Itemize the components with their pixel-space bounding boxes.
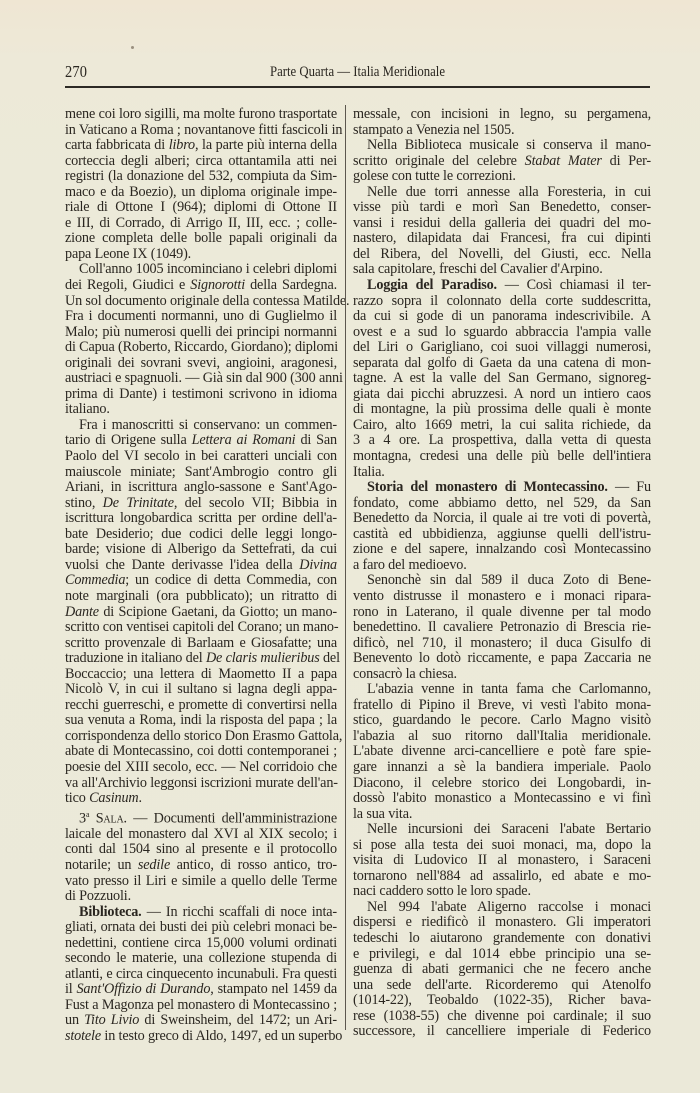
text-line: castità ed ubbidienza, aggiunse quelli d…	[353, 527, 651, 543]
text-line: conti dal 1504 sino al presente e il pro…	[65, 842, 337, 858]
text-line: nedettini, contiene circa 15,000 volumi …	[65, 936, 337, 952]
text-line: e III, di Corrado, di Arrigo II, III, ec…	[65, 216, 337, 232]
text-line: Storia del monastero di Montecassino. — …	[353, 480, 651, 496]
text-line: iscrittura longobardica scritta per ordi…	[65, 511, 337, 527]
text-line: riale di Ottone I (964); diplomi di Otto…	[65, 200, 337, 216]
text-line: secondo le materie, una collezione stupe…	[65, 951, 337, 967]
text-line: Dante di Scipione Gaetani, da Giotto; un…	[65, 605, 337, 621]
text-line: da cui si gode di un panorama indescrivi…	[353, 309, 651, 325]
text-line: successore, il cancelliere imperiale di …	[353, 1024, 651, 1040]
text-line: L'abate divenne arci-cancelliere e potè …	[353, 744, 651, 760]
text-line: tico Casinum.	[65, 791, 337, 807]
text-line: notarile; un sedile antico, di rosso ant…	[65, 858, 337, 874]
text-line: Benevento lo dotò riccamente, e papa Zac…	[353, 651, 651, 667]
text-line: maiuscole miniate; Sant'Ambrogio contro …	[65, 465, 337, 481]
text-line: a faro del medioevo.	[353, 558, 651, 574]
text-line: in Vaticano a Roma ; novantanove fitti f…	[65, 123, 337, 139]
text-line: Benedetto da Norcia, il quale ai tre vot…	[353, 511, 651, 527]
right-column: messale, con incisioni in legno, su perg…	[353, 107, 651, 1040]
text-line: barde; visione di Alberigo da Settefrati…	[65, 542, 337, 558]
text-line: montagna, credesi una delle più belle de…	[353, 449, 651, 465]
running-title: Parte Quarta — Italia Meridionale	[100, 64, 615, 81]
text-line: Fust a Magonza pel monastero di Montecas…	[65, 998, 337, 1014]
text-line: Coll'anno 1005 incominciano i celebri di…	[65, 262, 337, 278]
text-line: e privilegi, e dal 1014 ebbe principio u…	[353, 947, 651, 963]
text-line: golese con tutte le correzioni.	[353, 169, 651, 185]
text-line: Senonchè sin dal 589 il duca Zoto di Ben…	[353, 573, 651, 589]
text-line: tornarono nell'884 ad assalirlo, ed abat…	[353, 869, 651, 885]
text-line: stico, guardando le pecore. Carlo Magno …	[353, 713, 651, 729]
text-line: Italia.	[353, 465, 651, 481]
text-line: Cairo, alto 1669 metri, la cui salita ri…	[353, 418, 651, 434]
paper-speck	[131, 46, 134, 49]
text-line: Nicolò V, in cui il sultano si lagna deg…	[65, 682, 337, 698]
text-line: stotele in testo greco di Aldo, 1497, ed…	[65, 1029, 337, 1045]
column-divider	[345, 105, 346, 1030]
text-line: zione e del sapere, innalzando così Mont…	[353, 542, 651, 558]
text-line: visse più tardi e morì San Benedetto, co…	[353, 200, 651, 216]
text-line: abate di Montecassino, coi dotti contemp…	[65, 744, 337, 760]
text-line: sala capitolare, freschi del Cavalier d'…	[353, 262, 651, 278]
text-line: naci caddero sotto le loro spade.	[353, 884, 651, 900]
text-line: originali dei sovrani svevi, angioini, a…	[65, 356, 337, 372]
text-line: atlanti, e circa cinquecento incunabuli.…	[65, 967, 337, 983]
text-line: corteccia degli alberi; circa ottantamil…	[65, 154, 337, 170]
text-line: gare innanzi a sè la bandiera imperiale.…	[353, 760, 651, 776]
text-line: razzo sopra il colonnato della corte sud…	[353, 294, 651, 310]
text-line: Malo; più numerosi quelli dei principi n…	[65, 325, 337, 341]
text-line: vuolsi che Dante derivasse l'idea della …	[65, 558, 337, 574]
text-line: 3 a 4 ore. La prospettiva, dalla vetta d…	[353, 433, 651, 449]
text-line: vato presso il Liri e simile a quello de…	[65, 874, 337, 890]
text-line: un Tito Livio di Sweinsheim, del 1472; u…	[65, 1013, 337, 1029]
text-line: fratello di Pipino il Breve, vi vestì l'…	[353, 698, 651, 714]
text-line: giata dai picchi abruzzesi. A nord un in…	[353, 387, 651, 403]
text-line: bate Desiderio; due codici delle leggi l…	[65, 527, 337, 543]
page-header: 270 Parte Quarta — Italia Meridionale	[65, 62, 650, 82]
text-line: vansi i residui della galleria dei quadr…	[353, 216, 651, 232]
text-line: sua venuta a Roma, indi la risposta del …	[65, 713, 337, 729]
text-line: va all'Archivio leggonsi iscrizioni mura…	[65, 776, 337, 792]
text-line: scritto provenzale di Barlaam e Giosafat…	[65, 636, 337, 652]
text-line: Fra i documenti normanni, uno di Gugliel…	[65, 309, 337, 325]
text-line: guenza di abati germanici che ne fecero …	[353, 962, 651, 978]
text-line: Commedia; un codice di detta Commedia, c…	[65, 573, 337, 589]
text-line: l'abazia al suo ritorno dall'Italia meri…	[353, 729, 651, 745]
text-line: ovest e a sud lo sguardo abbraccia l'amp…	[353, 325, 651, 341]
text-line: tario di Origene sulla Lettera ai Romani…	[65, 433, 337, 449]
text-line: rono in Laterano, il quale divenne per t…	[353, 605, 651, 621]
text-line: Loggia del Paradiso. — Così chiamasi il …	[353, 278, 651, 294]
text-line: Nelle due torri annesse alla Foresteria,…	[353, 185, 651, 201]
text-line: Fra i manoscritti si conservano: un comm…	[65, 418, 337, 434]
text-line: una sede dell'arte. Ricorderemo qui Aten…	[353, 978, 651, 994]
text-line: stampato a Venezia nel 1505.	[353, 123, 651, 139]
text-line: rese (1038-55) che divenne poi cardinale…	[353, 1009, 651, 1025]
text-line: note marginali (ora pubblicato); un ritr…	[65, 589, 337, 605]
text-line: nastero, dilapidata dai Francesi, fra cu…	[353, 231, 651, 247]
text-line: fondato, come abbiamo detto, nel 529, da…	[353, 496, 651, 512]
text-line: registri (la donazione del 532, compiuta…	[65, 169, 337, 185]
text-line: laicale del monastero dal XVI al XIX sec…	[65, 827, 337, 843]
text-line: dossò l'abito monastico a Montecassino e…	[353, 791, 651, 807]
text-line: di Pozzuoli.	[65, 889, 337, 905]
text-line: messale, con incisioni in legno, su perg…	[353, 107, 651, 123]
text-line: tedeschi lo aiutarono grandemente con do…	[353, 931, 651, 947]
text-line: 3a Sala. — Documenti dell'amministrazion…	[65, 807, 337, 827]
text-line: del Liri o Garigliano, coi suoi villaggi…	[353, 340, 651, 356]
text-line: si pose alla testa dei suoi monaci, ma, …	[353, 838, 651, 854]
text-line: italiano.	[65, 402, 337, 418]
text-line: Diacono, il celebre storico dei Longobar…	[353, 776, 651, 792]
text-line: austriaci e spagnuoli. — Già sin dal 900…	[65, 371, 337, 387]
text-line: la sua vita.	[353, 807, 651, 823]
text-line: Un sol documento originale della contess…	[65, 294, 337, 310]
text-line: il Sant'Offizio di Durando, stampato nel…	[65, 982, 337, 998]
text-line: benedettino. Il cavaliere Petronazio di …	[353, 620, 651, 636]
text-line: gliati, ornata dei busti dei più celebri…	[65, 920, 337, 936]
text-line: dei Regoli, Giudici e Signorotti della S…	[65, 278, 337, 294]
text-line: vento distrusse il monastero e i monaci …	[353, 589, 651, 605]
text-line: scritto originale del celebre Stabat Mat…	[353, 154, 651, 170]
page-number: 270	[65, 62, 87, 82]
text-line: dificò, nel 710, il monastero; il duca G…	[353, 636, 651, 652]
text-line: corrispondenza dello storico Don Erasmo …	[65, 729, 337, 745]
text-line: consacrò la chiesa.	[353, 667, 651, 683]
text-line: maco e da Boezio), un diploma originale …	[65, 185, 337, 201]
book-page: 270 Parte Quarta — Italia Meridionale me…	[0, 0, 700, 1093]
text-line: (1014-22), Teobaldo (1022-35), Richer ba…	[353, 993, 651, 1009]
text-line: stino, De Trinitate, del secolo VII; Bib…	[65, 496, 337, 512]
text-line: carta fabbricata di libro, la parte più …	[65, 138, 337, 154]
text-line: separata dal golfo di Gaeta da una caten…	[353, 356, 651, 372]
text-line: traduzione in italiano del De claris mul…	[65, 651, 337, 667]
text-line: Nel 994 l'abate Aligerno raccolse i mona…	[353, 900, 651, 916]
text-line: Ariani, in iscrittura anglo-sassone e Sa…	[65, 480, 337, 496]
text-line: Paolo del VI secolo in bei caratteri unc…	[65, 449, 337, 465]
text-line: Nella Biblioteca musicale si conserva il…	[353, 138, 651, 154]
text-line: tagne. A est la valle del San Germano, s…	[353, 371, 651, 387]
text-line: Nelle incursioni dei Saraceni l'abate Be…	[353, 822, 651, 838]
text-line: Biblioteca. — In ricchi scaffali di noce…	[65, 905, 337, 921]
text-line: del Ribera, del Novelli, del Giusti, ecc…	[353, 247, 651, 263]
text-line: zione completa delle bolle papali origin…	[65, 231, 337, 247]
left-column: mene coi loro sigilli, ma molte furono t…	[65, 107, 337, 1045]
text-line: poesie del XIII secolo, ecc. — Nel corri…	[65, 760, 337, 776]
text-line: L'abazia venne in tanta fama che Carloma…	[353, 682, 651, 698]
text-line: di Capua (Roberto, Riccardo, Giordano); …	[65, 340, 337, 356]
text-line: mene coi loro sigilli, ma molte furono t…	[65, 107, 337, 123]
text-line: prima di Dante) i testimoni scrivono in …	[65, 387, 337, 403]
text-line: dispersi e riedificò il monastero. Gli i…	[353, 915, 651, 931]
text-line: Boccaccio; una lettera di Maometto II a …	[65, 667, 337, 683]
text-line: papa Leone IX (1049).	[65, 247, 337, 263]
header-rule	[65, 86, 650, 88]
text-line: recchi guerreschi, e promette di convert…	[65, 698, 337, 714]
text-line: di montagne, la più prossima delle quali…	[353, 402, 651, 418]
text-line: visita di Ludovico II al monastero, i Sa…	[353, 853, 651, 869]
text-line: scritto con ventisei capitoli del Corano…	[65, 620, 337, 636]
